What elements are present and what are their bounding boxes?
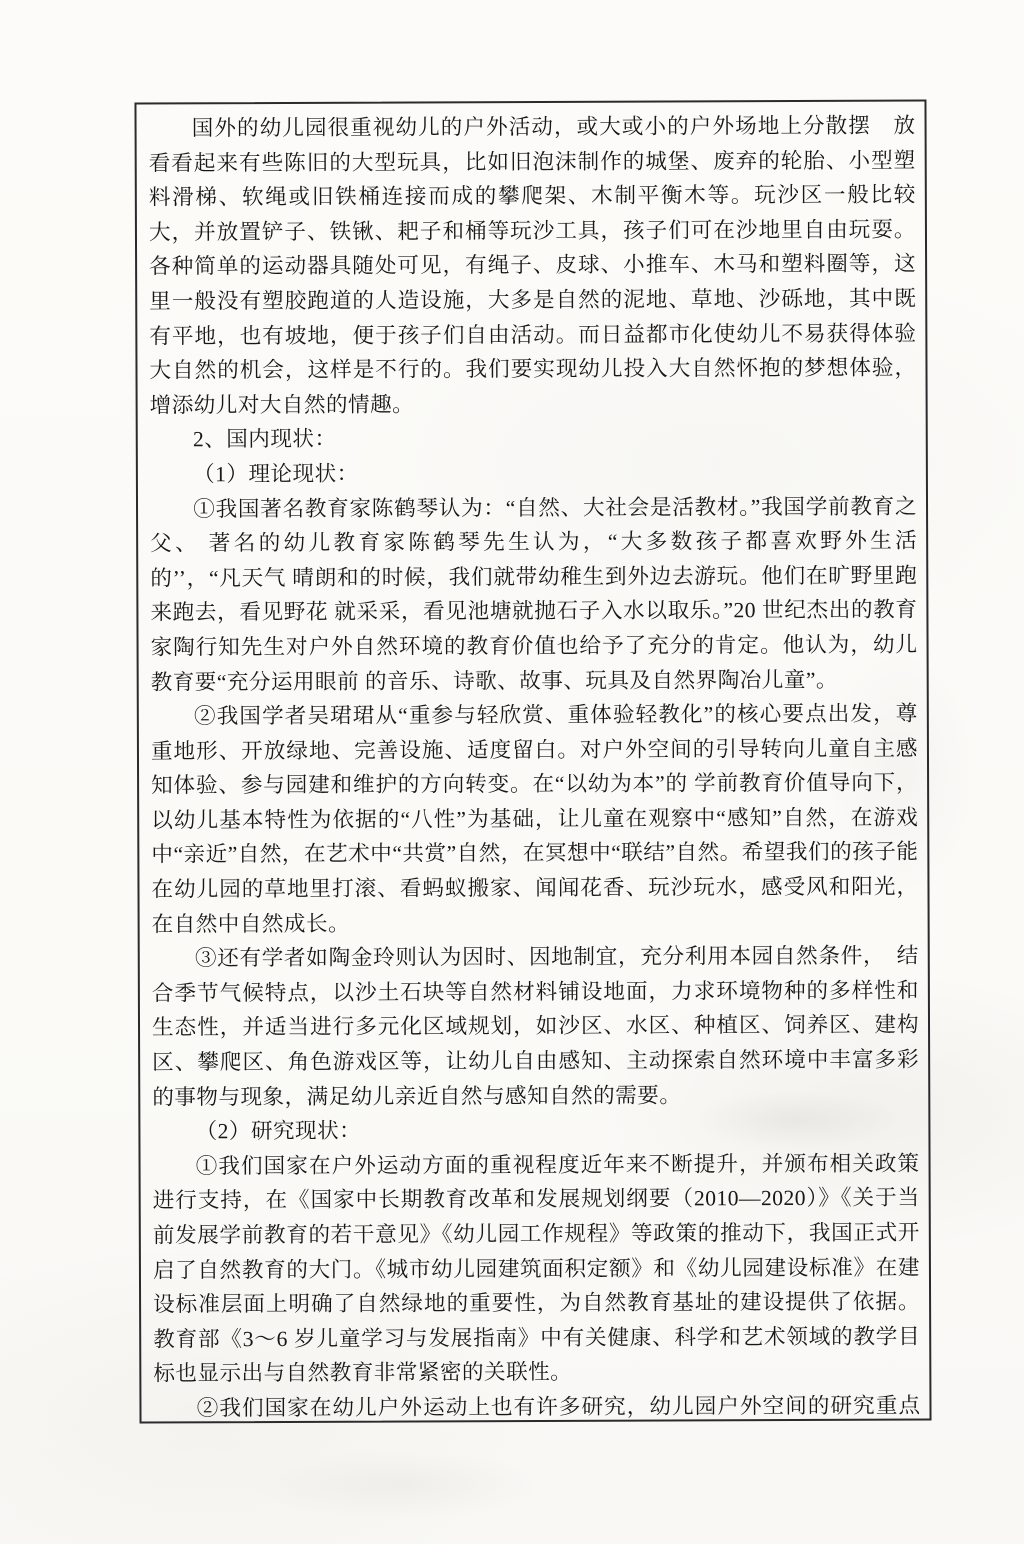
heading-theory-status: （1）理论现状： [150,454,917,492]
paragraph-tao-jinling-view: ③还有学者如陶金玲则认为因时、因地制宜，充分利用本园自然条件， 结合季节气候特点… [152,939,920,1115]
paragraph-foreign-kindergartens: 国外的幼儿园很重视幼儿的户外活动，或大或小的户外场地上分散摆 放看看起来有些陈旧… [149,109,917,423]
document-table-cell: 国外的幼儿园很重视幼儿的户外活动，或大或小的户外场地上分散摆 放看看起来有些陈旧… [134,99,931,1423]
scan-smudge [250,1450,550,1520]
paragraph-wu-junjun-view: ②我国学者吴珺珺从“重参与轻欣赏、重体验轻教化”的核心要点出发，尊重地形、开放绿… [151,697,919,942]
heading-research-status: （2）研究现状： [152,1112,919,1150]
paragraph-chen-heqin-view: ①我国著名教育家陈鹤琴认为：“自然、大社会是活教材。”我国学前教育之父、 著名的… [150,489,918,700]
paragraph-research-focus: ②我们国家在幼儿户外运动上也有许多研究，幼儿园户外空间的研究重点已 [153,1388,920,1423]
heading-domestic-status: 2、国内现状： [150,420,917,458]
scanned-page: 国外的幼儿园很重视幼儿的户外活动，或大或小的户外场地上分散摆 放看看起来有些陈旧… [0,0,1024,1544]
paragraph-national-policies: ①我们国家在户外运动方面的重视程度近年来不断提升，并颁布相关政策进行支持，在《国… [152,1146,920,1391]
